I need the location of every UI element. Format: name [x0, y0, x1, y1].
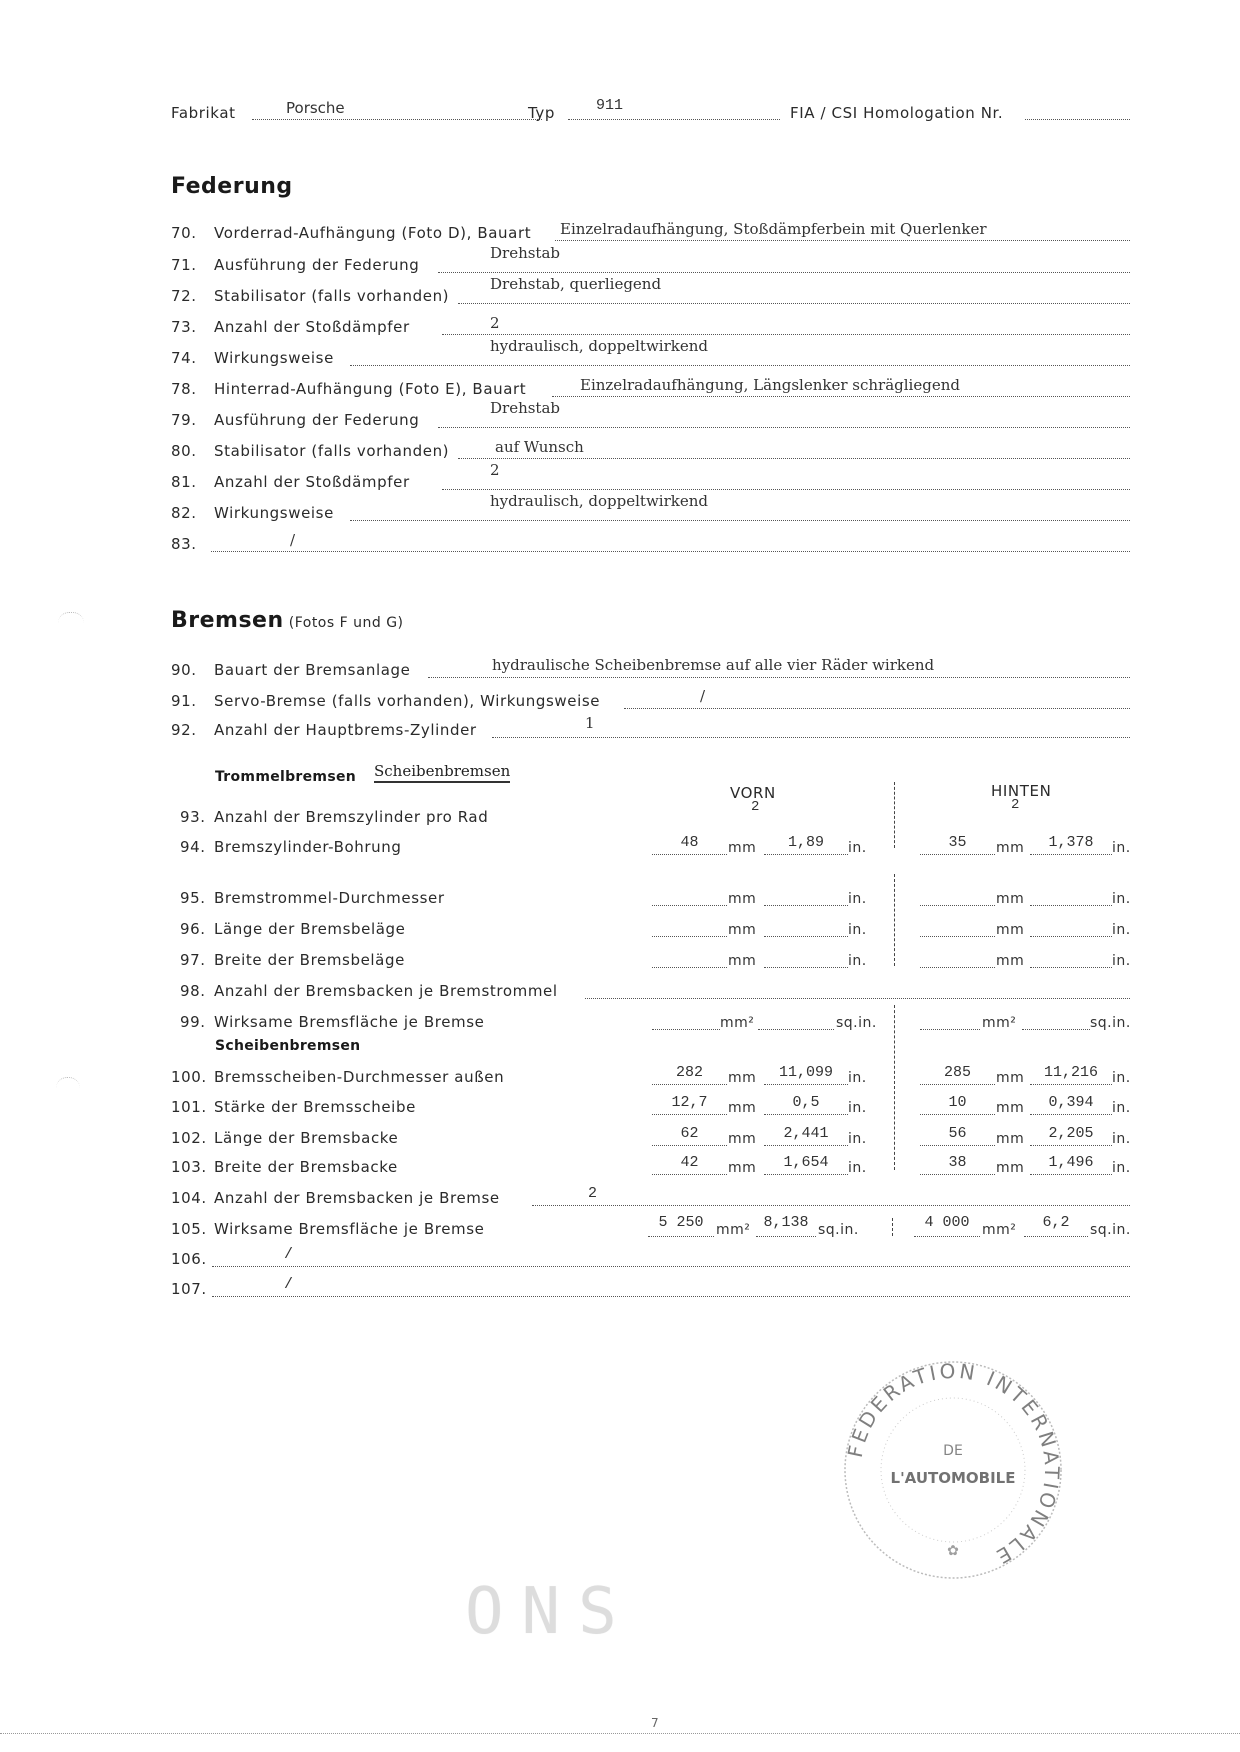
measurement-value[interactable]: 38 — [920, 1154, 995, 1171]
unit-label: in. — [1112, 1160, 1131, 1176]
row-label: Stabilisator (falls vorhanden) — [214, 287, 449, 305]
row-number: 83. — [171, 535, 197, 553]
fill-line — [652, 1114, 727, 1115]
row-label: Bremsscheiben-Durchmesser außen — [214, 1068, 504, 1086]
row-number: 103. — [171, 1158, 207, 1176]
unit-label: in. — [848, 953, 867, 969]
row-number: 72. — [171, 287, 197, 305]
fill-line — [756, 1236, 816, 1237]
trommelbremsen-heading: Trommelbremsen — [215, 769, 356, 785]
row-label: Anzahl der Hauptbrems-Zylinder — [214, 721, 477, 739]
fill-line — [920, 1029, 980, 1030]
unit-label: in. — [1112, 922, 1131, 938]
row-label: Vorderrad-Aufhängung (Foto D), Bauart — [214, 224, 531, 242]
stamp-outer-text: FEDERATION INTERNATIONALE — [843, 1359, 1064, 1570]
homologation-field-line[interactable] — [1025, 119, 1130, 120]
fill-line — [764, 1174, 848, 1175]
row-label: Wirksame Bremsfläche je Bremse — [214, 1220, 485, 1238]
row-number: 101. — [171, 1098, 207, 1116]
unit-label: mm — [728, 1160, 756, 1176]
fill-line — [648, 1236, 714, 1237]
fill-line — [211, 551, 1130, 552]
fill-line — [652, 936, 727, 937]
row-label: Breite der Bremsbeläge — [214, 951, 405, 969]
fill-line — [1030, 1174, 1112, 1175]
measurement-value[interactable]: 1,89 — [764, 834, 848, 851]
row-number: 79. — [171, 411, 197, 429]
measurement-value[interactable]: 0,394 — [1030, 1094, 1112, 1111]
fill-line — [920, 936, 995, 937]
fill-line — [652, 1145, 727, 1146]
column-divider — [894, 874, 895, 966]
fill-line — [920, 967, 995, 968]
unit-label: mm — [728, 1131, 756, 1147]
typ-value[interactable]: 911 — [596, 97, 623, 114]
fill-line — [442, 489, 1130, 490]
measurement-value[interactable]: 62 — [652, 1125, 727, 1142]
fill-line — [1022, 1029, 1090, 1030]
measurement-value[interactable]: 56 — [920, 1125, 995, 1142]
measurement-value[interactable]: 282 — [652, 1064, 727, 1081]
unit-label: mm — [996, 922, 1024, 938]
page-bottom-edge — [0, 1733, 1240, 1734]
measurement-value[interactable]: 2,441 — [764, 1125, 848, 1142]
measurement-value[interactable]: 5 250 — [648, 1214, 714, 1231]
unit-label: mm² — [720, 1015, 754, 1031]
unit-label: sq.in. — [1090, 1222, 1131, 1238]
fill-line — [758, 1029, 834, 1030]
fill-line — [920, 1174, 995, 1175]
fill-line — [438, 272, 1130, 273]
fill-line — [428, 677, 1130, 678]
fill-line[interactable] — [212, 1296, 1130, 1297]
row-value[interactable]: auf Wunsch — [495, 438, 584, 456]
svg-text:FEDERATION INTERNATIONALE: FEDERATION INTERNATIONALE — [843, 1359, 1064, 1570]
row-number: 90. — [171, 661, 197, 679]
row-value[interactable]: hydraulische Scheibenbremse auf alle vie… — [492, 656, 934, 674]
row-label: Anzahl der Bremsbacken je Bremstrommel — [214, 982, 558, 1000]
unit-label: in. — [848, 891, 867, 907]
homologation-label: FIA / CSI Homologation Nr. — [790, 104, 1003, 122]
unit-label: mm — [728, 953, 756, 969]
row-number: 95. — [180, 889, 206, 907]
row-label: Länge der Bremsbacke — [214, 1129, 398, 1147]
row-label: Hinterrad-Aufhängung (Foto E), Bauart — [214, 380, 526, 398]
row-value[interactable]: Einzelradaufhängung, Längslenker schrägl… — [580, 376, 960, 394]
measurement-value[interactable]: 1,654 — [764, 1154, 848, 1171]
row-label: Ausführung der Federung — [214, 411, 419, 429]
row-number: 97. — [180, 951, 206, 969]
fill-line — [764, 1084, 848, 1085]
row-value[interactable]: hydraulisch, doppeltwirkend — [490, 492, 708, 510]
row-label: Wirkungsweise — [214, 504, 334, 522]
row-label: Bauart der Bremsanlage — [214, 661, 410, 679]
unit-label: in. — [1112, 840, 1131, 856]
row-label: Breite der Bremsbacke — [214, 1158, 398, 1176]
front-cylinder-count[interactable]: 2 — [751, 799, 759, 815]
row-number: 105. — [171, 1220, 207, 1238]
unit-label: in. — [848, 1070, 867, 1086]
unit-label: mm² — [982, 1222, 1016, 1238]
fill-line — [920, 905, 995, 906]
row-label: Wirksame Bremsfläche je Bremse — [214, 1013, 485, 1031]
section-title-bremsen: Bremsen (Fotos F und G) — [171, 608, 404, 633]
row-label: Bremstrommel-Durchmesser — [214, 889, 445, 907]
scan-artifact — [58, 612, 84, 623]
row-label: Anzahl der Stoßdämpfer — [214, 473, 410, 491]
unit-label: in. — [848, 840, 867, 856]
scheibenbremsen-handwritten: Scheibenbremsen — [374, 762, 510, 783]
row-label: Bremszylinder-Bohrung — [214, 838, 402, 856]
fill-line — [532, 1205, 1130, 1206]
fill-line — [764, 1114, 848, 1115]
row-value[interactable]: hydraulisch, doppeltwirkend — [490, 337, 708, 355]
faint-ons-mark: ONS — [465, 1575, 635, 1649]
fill-line — [764, 967, 848, 968]
row-number: 78. — [171, 380, 197, 398]
measurement-value[interactable]: 1,496 — [1030, 1154, 1112, 1171]
fia-stamp: FEDERATION INTERNATIONALE DE L'AUTOMOBIL… — [838, 1355, 1068, 1585]
unit-label: sq.in. — [818, 1222, 859, 1238]
measurement-value[interactable]: 2,205 — [1030, 1125, 1112, 1142]
measurement-value[interactable]: 285 — [920, 1064, 995, 1081]
row-number: 70. — [171, 224, 197, 242]
bremsen-title: Bremsen — [171, 608, 284, 633]
typ-label: Typ — [528, 104, 555, 122]
row-value[interactable]: Drehstab — [490, 399, 560, 417]
fill-line — [1030, 1145, 1112, 1146]
column-divider — [894, 1005, 895, 1170]
unit-label: mm² — [982, 1015, 1016, 1031]
measurement-value[interactable]: 1,378 — [1030, 834, 1112, 851]
row-label: Anzahl der Stoßdämpfer — [214, 318, 410, 336]
fill-line — [1030, 936, 1112, 937]
fill-line — [652, 905, 727, 906]
fabrikat-value[interactable]: Porsche — [286, 99, 345, 117]
unit-label: sq.in. — [1090, 1015, 1131, 1031]
column-divider — [894, 782, 895, 848]
fill-line — [492, 737, 1130, 738]
fill-line[interactable] — [212, 1266, 1130, 1267]
row-label: Wirkungsweise — [214, 349, 334, 367]
fill-line — [764, 936, 848, 937]
row-number: 94. — [180, 838, 206, 856]
row-number: 82. — [171, 504, 197, 522]
fill-line[interactable] — [585, 998, 1130, 999]
measurement-value[interactable]: 11,216 — [1030, 1064, 1112, 1081]
measurement-value[interactable]: 4 000 — [914, 1214, 980, 1231]
row-number: 100. — [171, 1068, 207, 1086]
row-value[interactable]: / — [284, 1246, 293, 1263]
unit-label: in. — [848, 1160, 867, 1176]
unit-label: in. — [1112, 1100, 1131, 1116]
fill-line — [920, 1145, 995, 1146]
unit-label: mm — [728, 922, 756, 938]
scheibenbremsen-heading: Scheibenbremsen — [215, 1038, 360, 1054]
row-value[interactable]: Drehstab, querliegend — [490, 275, 661, 293]
measurement-value[interactable]: 8,138 — [756, 1214, 816, 1231]
fill-line — [442, 334, 1130, 335]
unit-label: in. — [1112, 1070, 1131, 1086]
row-number: 106. — [171, 1250, 207, 1268]
unit-label: mm² — [716, 1222, 750, 1238]
fill-line — [920, 854, 995, 855]
fill-line — [1030, 1084, 1112, 1085]
stamp-inner-main: L'AUTOMOBILE — [891, 1469, 1016, 1487]
measurement-value[interactable]: 10 — [920, 1094, 995, 1111]
fill-line — [920, 1114, 995, 1115]
row-value[interactable]: Einzelradaufhängung, Stoßdämpferbein mit… — [560, 220, 987, 238]
row-number: 81. — [171, 473, 197, 491]
column-divider — [892, 1218, 893, 1236]
row-value[interactable]: / — [700, 687, 705, 705]
fabrikat-field-line — [252, 119, 542, 120]
unit-label: in. — [848, 922, 867, 938]
unit-label: in. — [848, 1100, 867, 1116]
row-value[interactable]: / — [290, 531, 295, 549]
unit-label: mm — [728, 1100, 756, 1116]
row-label: Anzahl der Bremsbacken je Bremse — [214, 1189, 500, 1207]
fill-line — [652, 854, 727, 855]
fill-line — [438, 427, 1130, 428]
fill-line — [458, 303, 1130, 304]
unit-label: in. — [1112, 953, 1131, 969]
unit-label: sq.in. — [836, 1015, 877, 1031]
unit-label: in. — [848, 1131, 867, 1147]
unit-label: mm — [996, 1100, 1024, 1116]
fill-line — [1030, 905, 1112, 906]
fill-line — [1030, 967, 1112, 968]
row-value[interactable]: 1 — [585, 714, 595, 732]
typ-field-line — [568, 119, 780, 120]
row-value[interactable]: 2 — [490, 461, 500, 479]
fill-line — [920, 1084, 995, 1085]
unit-label: mm — [996, 1160, 1024, 1176]
row-label: Länge der Bremsbeläge — [214, 920, 406, 938]
row-label: Stabilisator (falls vorhanden) — [214, 442, 449, 460]
rear-cylinder-count[interactable]: 2 — [1011, 797, 1019, 813]
unit-label: mm — [996, 891, 1024, 907]
page-number: 7 — [651, 1716, 659, 1730]
row-number: 71. — [171, 256, 197, 274]
row-number: 107. — [171, 1280, 207, 1298]
fill-line — [764, 905, 848, 906]
measurement-value[interactable]: 0,5 — [764, 1094, 848, 1111]
bremsen-subtitle: (Fotos F und G) — [289, 615, 404, 631]
stamp-inner-top: DE — [943, 1443, 963, 1459]
unit-label: mm — [996, 1131, 1024, 1147]
fill-line — [914, 1236, 980, 1237]
unit-label: mm — [996, 953, 1024, 969]
row-number: 98. — [180, 982, 206, 1000]
row-number: 91. — [171, 692, 197, 710]
fill-line — [555, 240, 1130, 241]
row-value[interactable]: 2 — [588, 1185, 597, 1202]
column-header-hinten: HINTEN — [991, 782, 1051, 800]
fill-line — [350, 520, 1130, 521]
fabrikat-label: Fabrikat — [171, 104, 236, 122]
fill-line — [624, 708, 1130, 709]
unit-label: in. — [1112, 891, 1131, 907]
fill-line — [1024, 1236, 1088, 1237]
fill-line — [764, 854, 848, 855]
row-number: 92. — [171, 721, 197, 739]
fill-line — [1030, 1114, 1112, 1115]
row-number: 80. — [171, 442, 197, 460]
row-value[interactable]: 2 — [490, 314, 500, 332]
section-title-federung: Federung — [171, 174, 293, 199]
measurement-value[interactable]: 11,099 — [764, 1064, 848, 1081]
unit-label: mm — [996, 840, 1024, 856]
row-number: 73. — [171, 318, 197, 336]
fill-line — [1030, 854, 1112, 855]
row-number: 102. — [171, 1129, 207, 1147]
row-label: Servo-Bremse (falls vorhanden), Wirkungs… — [214, 692, 600, 710]
row-value[interactable]: Drehstab — [490, 244, 560, 262]
unit-label: mm — [728, 840, 756, 856]
unit-label: mm — [728, 1070, 756, 1086]
measurement-value[interactable]: 35 — [920, 834, 995, 851]
row-number: 93. — [180, 808, 206, 826]
measurement-value[interactable]: 48 — [652, 834, 727, 851]
row-number: 74. — [171, 349, 197, 367]
measurement-value[interactable]: 6,2 — [1024, 1214, 1088, 1231]
fill-line — [652, 1029, 720, 1030]
fill-line — [764, 1145, 848, 1146]
row-number: 99. — [180, 1013, 206, 1031]
fill-line — [652, 1174, 727, 1175]
unit-label: mm — [728, 891, 756, 907]
fill-line — [350, 365, 1130, 366]
unit-label: in. — [1112, 1131, 1131, 1147]
scan-artifact — [56, 1077, 80, 1088]
row-label: Stärke der Bremsscheibe — [214, 1098, 416, 1116]
row-label: Ausführung der Federung — [214, 256, 419, 274]
fill-line — [458, 458, 1130, 459]
fill-line — [552, 396, 1130, 397]
measurement-value[interactable]: 42 — [652, 1154, 727, 1171]
fill-line — [652, 967, 727, 968]
stamp-emblem-icon: ✿ — [947, 1543, 959, 1559]
row-number: 96. — [180, 920, 206, 938]
row-label: Anzahl der Bremszylinder pro Rad — [214, 808, 488, 826]
measurement-value[interactable]: 12,7 — [652, 1094, 727, 1111]
fill-line — [652, 1084, 727, 1085]
unit-label: mm — [996, 1070, 1024, 1086]
row-number: 104. — [171, 1189, 207, 1207]
row-value[interactable]: / — [284, 1276, 293, 1293]
